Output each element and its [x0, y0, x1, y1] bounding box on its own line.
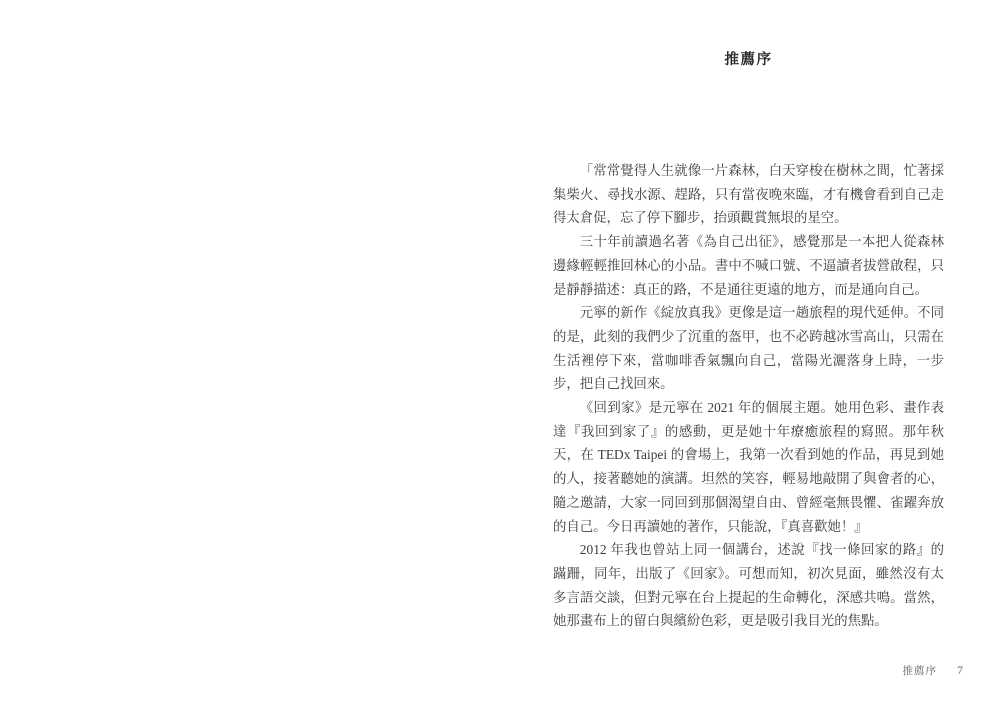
book-page: 推薦序 「常常覺得人生就像一片森林，白天穿梭在樹林之間，忙著採集柴火、尋找水源、… — [0, 0, 1000, 710]
paragraph-5: 2012 年我也曾站上同一個講台，述說『找一條回家的路』的蹣跚，同年，出版了《回… — [553, 538, 944, 633]
page-title: 推薦序 — [553, 48, 944, 69]
paragraph-2: 三十年前讀過名著《為自己出征》，感覺那是一本把人從森林邊緣輕輕推回林心的小品。書… — [553, 230, 944, 301]
paragraph-3: 元寧的新作《綻放真我》更像是這一趟旅程的現代延伸。不同的是，此刻的我們少了沉重的… — [553, 301, 944, 396]
page-footer: 推薦序 7 — [903, 663, 964, 678]
paragraph-4: 《回到家》是元寧在 2021 年的個展主題。她用色彩、畫作表達『我回到家了』的感… — [553, 396, 944, 538]
paragraph-1: 「常常覺得人生就像一片森林，白天穿梭在樹林之間，忙著採集柴火、尋找水源、趕路，只… — [553, 159, 944, 230]
footer-page-number: 7 — [957, 663, 963, 678]
body-text: 「常常覺得人生就像一片森林，白天穿梭在樹林之間，忙著採集柴火、尋找水源、趕路，只… — [553, 159, 944, 633]
footer-section-label: 推薦序 — [903, 663, 938, 678]
